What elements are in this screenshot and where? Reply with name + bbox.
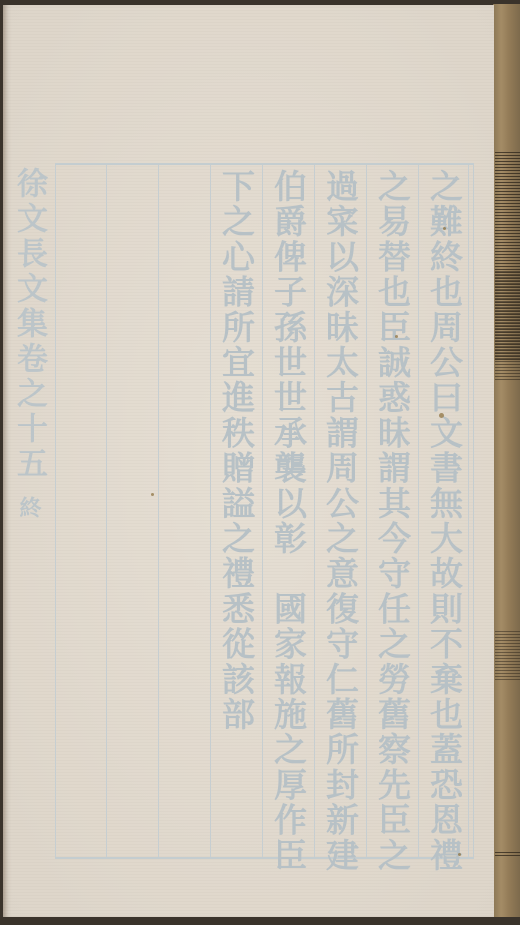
printed-frame: 之難終也周公曰文書無大故則不棄也蓋恐恩禮 之易替也臣誠惑昧謂其今守任之勞舊察先臣… — [55, 163, 474, 859]
fore-edge-ink-marks — [495, 850, 520, 856]
end-mark: 終 — [16, 496, 42, 522]
paper-speck — [151, 493, 154, 496]
column-rule — [262, 165, 263, 857]
paper-speck — [458, 853, 461, 856]
column-rule — [106, 165, 107, 857]
text-column-3: 過寀以深昧太古謂周公之意復守仁舊所封新建 — [317, 169, 363, 859]
text-column-4: 伯爵俾子孫世世承襲以彰 國家報施之厚作臣 — [265, 169, 311, 859]
fore-edge-ink-marks — [495, 630, 520, 680]
juan-title-column: 徐文長文集卷之十五終 — [3, 167, 55, 857]
text-column-6 — [161, 169, 207, 859]
paper-speck — [395, 335, 398, 338]
column-rule — [468, 165, 469, 857]
book-page: 之難終也周公曰文書無大故則不棄也蓋恐恩禮 之易替也臣誠惑昧謂其今守任之勞舊察先臣… — [3, 5, 494, 917]
text-column-7 — [109, 169, 155, 859]
column-rule — [314, 165, 315, 857]
column-rule — [210, 165, 211, 857]
fore-edge-ink-marks — [495, 270, 520, 380]
column-rule — [158, 165, 159, 857]
column-rule — [418, 165, 419, 857]
book-fore-edge — [493, 4, 520, 917]
text-column-1: 之難終也周公曰文書無大故則不棄也蓋恐恩禮 — [421, 169, 467, 859]
paper-speck — [443, 227, 446, 230]
column-rule — [366, 165, 367, 857]
text-column-5: 下之心請所宜進秩贈謚之禮悉從該部 — [213, 169, 259, 859]
text-column-2: 之易替也臣誠惑昧謂其今守任之勞舊察先臣之 — [369, 169, 415, 859]
juan-title: 徐文長文集卷之十五 — [11, 167, 47, 482]
paper-speck — [439, 413, 444, 418]
column-rule — [55, 165, 56, 857]
